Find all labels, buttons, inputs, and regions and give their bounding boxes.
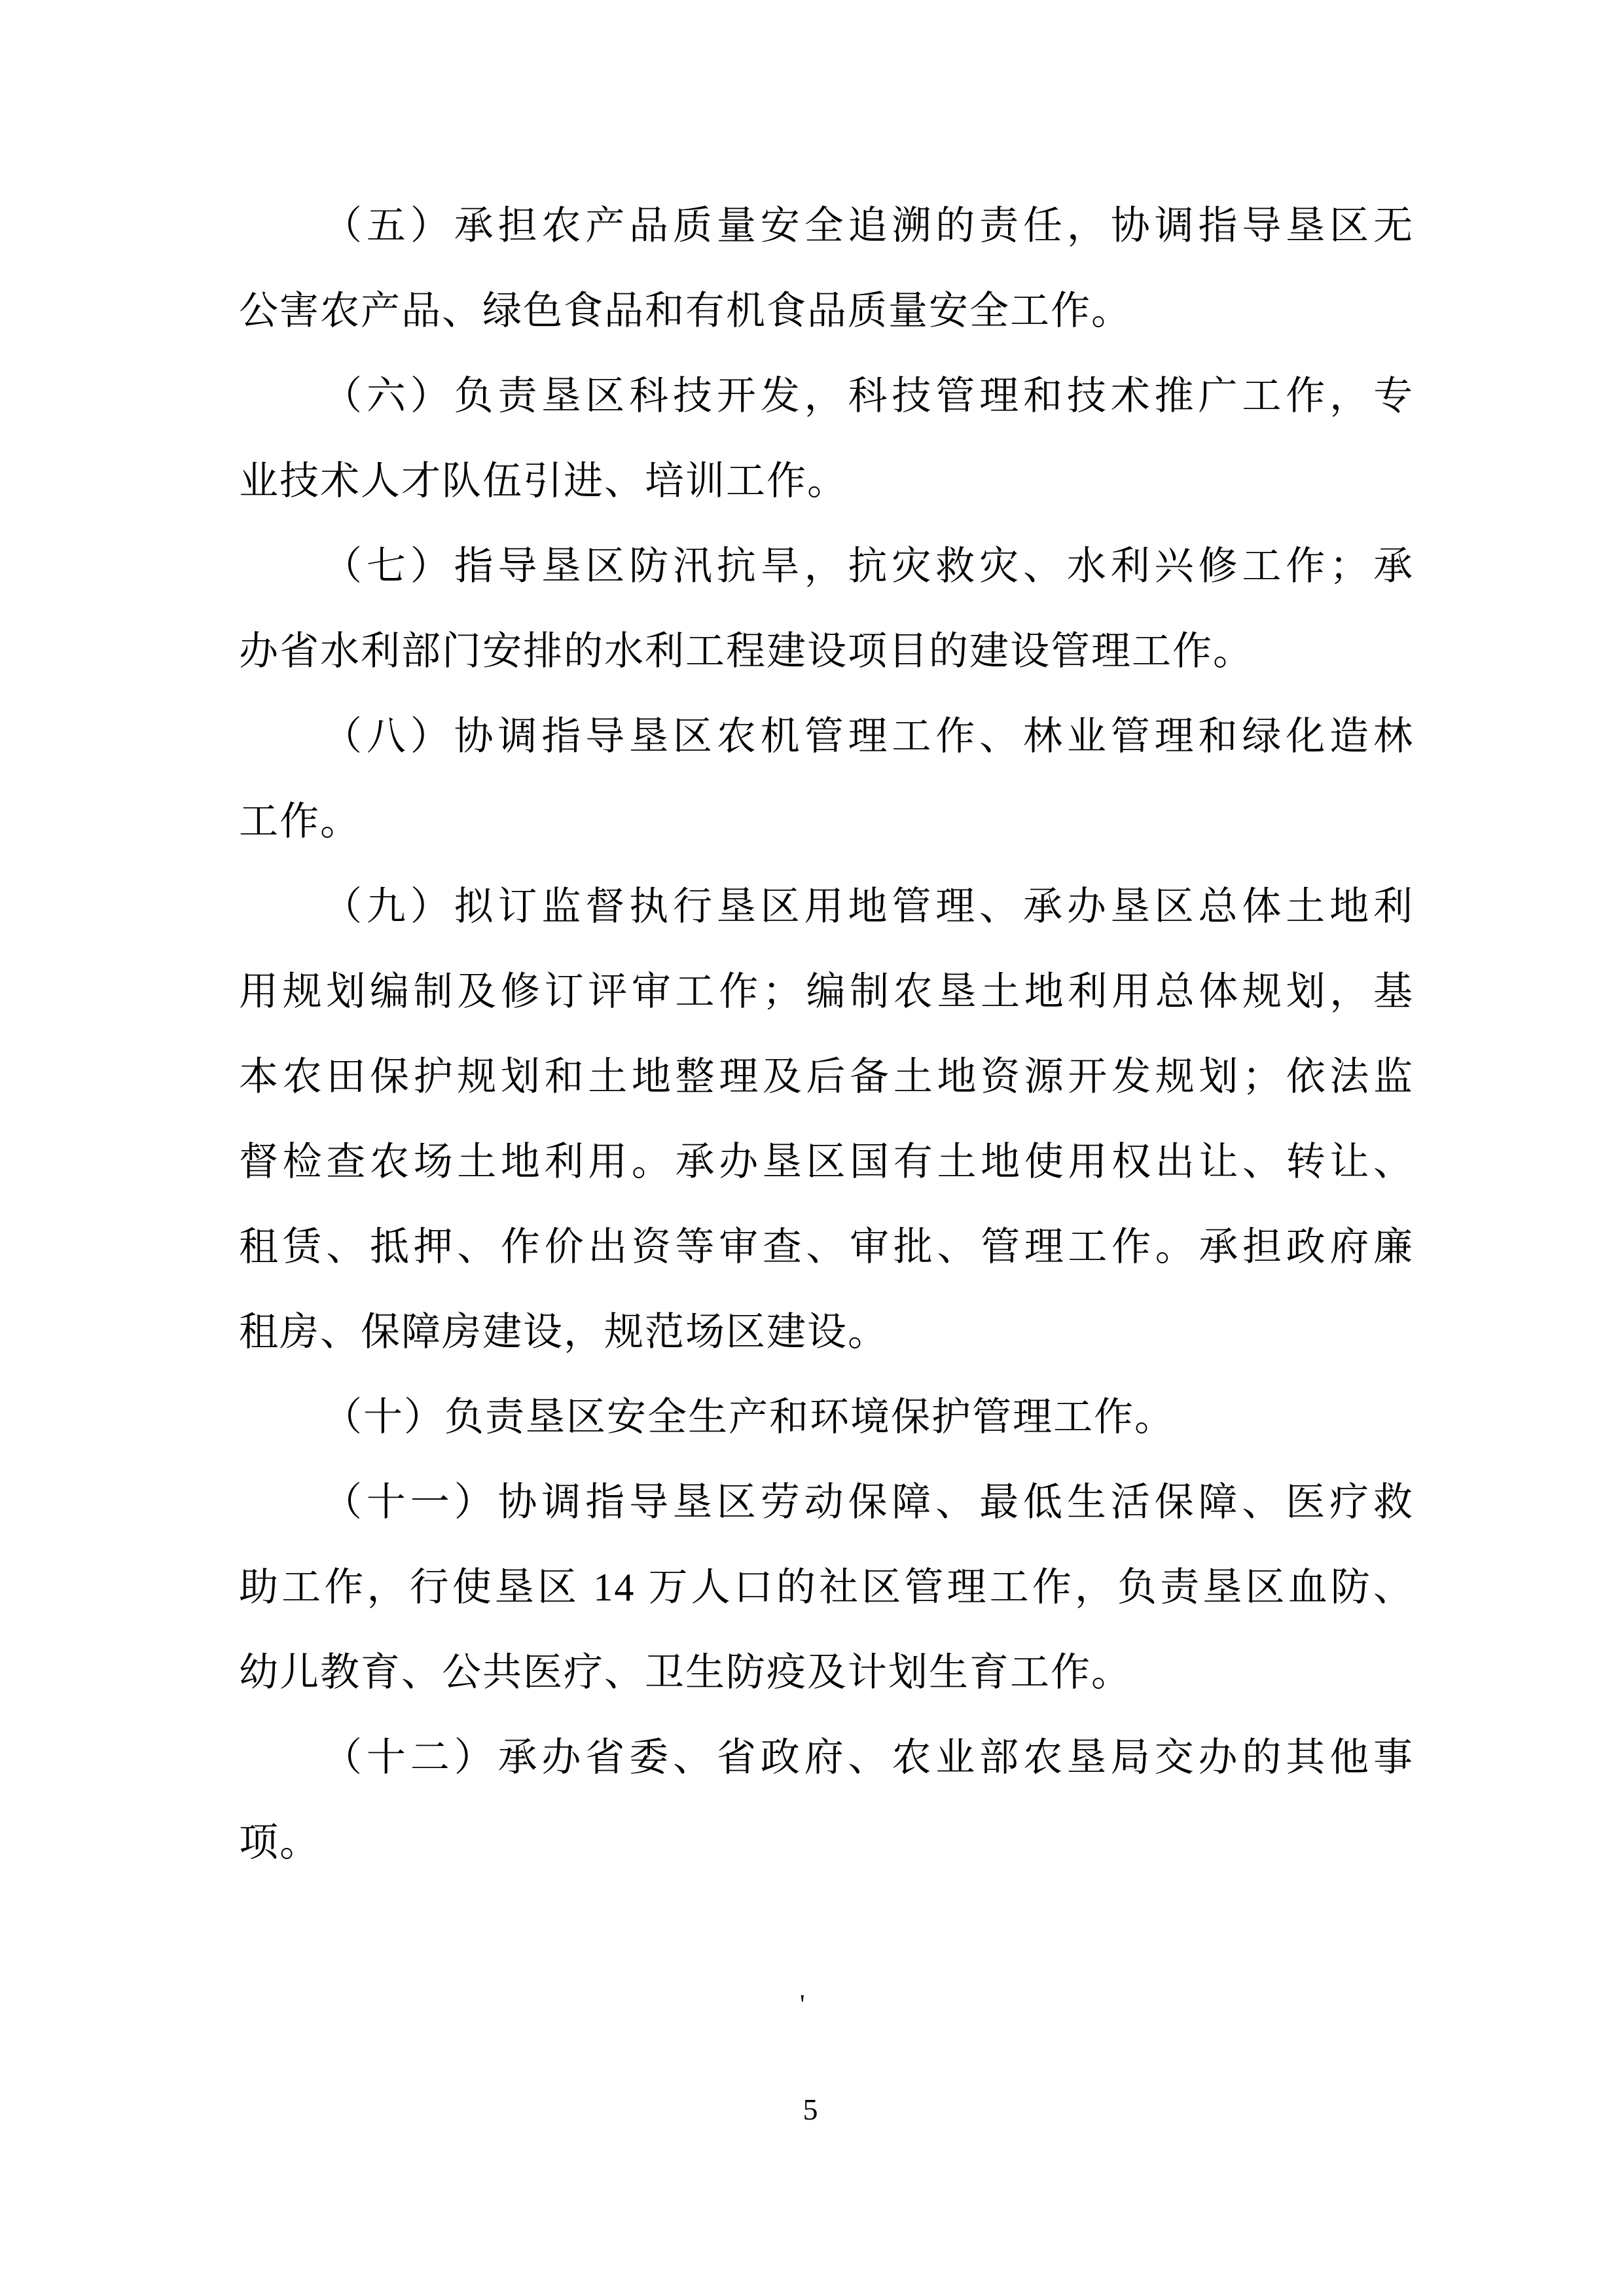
page-number: 5 [803,2095,818,2125]
text-line: （十一）协调指导垦区劳动保障、最低生活保障、医疗救 [239,1460,1414,1545]
text-line: （十）负责垦区安全生产和环境保护管理工作。 [239,1375,1414,1460]
text-line: 业技术人才队伍引进、培训工作。 [239,439,1414,524]
paragraph-item-5: （五）承担农产品质量安全追溯的责任，协调指导垦区无 公害农产品、绿色食品和有机食… [239,183,1414,353]
text-line: （九）拟订监督执行垦区用地管理、承办垦区总体土地利 [239,864,1414,949]
document-body: （五）承担农产品质量安全追溯的责任，协调指导垦区无 公害农产品、绿色食品和有机食… [239,183,1414,1885]
text-line: 助工作，行使垦区 14 万人口的社区管理工作，负责垦区血防、 [239,1545,1414,1630]
text-line: 公害农产品、绿色食品和有机食品质量安全工作。 [239,268,1414,353]
text-line: （八）协调指导垦区农机管理工作、林业管理和绿化造林 [239,694,1414,779]
paragraph-item-8: （八）协调指导垦区农机管理工作、林业管理和绿化造林 工作。 [239,694,1414,864]
text-line: 本农田保护规划和土地整理及后备土地资源开发规划；依法监 [239,1034,1414,1119]
text-line: 用规划编制及修订评审工作；编制农垦土地利用总体规划，基 [239,949,1414,1034]
paragraph-item-9: （九）拟订监督执行垦区用地管理、承办垦区总体土地利 用规划编制及修订评审工作；编… [239,864,1414,1375]
paragraph-item-10: （十）负责垦区安全生产和环境保护管理工作。 [239,1375,1414,1460]
text-line: 工作。 [239,779,1414,864]
text-line: 租赁、抵押、作价出资等审查、审批、管理工作。承担政府廉 [239,1204,1414,1290]
paragraph-item-11: （十一）协调指导垦区劳动保障、最低生活保障、医疗救 助工作，行使垦区 14 万人… [239,1460,1414,1715]
paragraph-item-7: （七）指导垦区防汛抗旱，抗灾救灾、水利兴修工作；承 办省水利部门安排的水利工程建… [239,524,1414,694]
text-line: 办省水利部门安排的水利工程建设项目的建设管理工作。 [239,609,1414,694]
text-line: （六）负责垦区科技开发，科技管理和技术推广工作，专 [239,353,1414,439]
text-line: （十二）承办省委、省政府、农业部农垦局交办的其他事 [239,1715,1414,1800]
text-line: 幼儿教育、公共医疗、卫生防疫及计划生育工作。 [239,1630,1414,1715]
text-line: （七）指导垦区防汛抗旱，抗灾救灾、水利兴修工作；承 [239,524,1414,609]
text-line: 督检查农场土地利用。承办垦区国有土地使用权出让、转让、 [239,1119,1414,1204]
document-page: （五）承担农产品质量安全追溯的责任，协调指导垦区无 公害农产品、绿色食品和有机食… [0,0,1624,2295]
text-line: 租房、保障房建设，规范场区建设。 [239,1290,1414,1375]
text-line: 项。 [239,1800,1414,1885]
stray-mark: ' [800,1991,805,2019]
paragraph-item-12: （十二）承办省委、省政府、农业部农垦局交办的其他事 项。 [239,1715,1414,1885]
text-line: （五）承担农产品质量安全追溯的责任，协调指导垦区无 [239,183,1414,268]
paragraph-item-6: （六）负责垦区科技开发，科技管理和技术推广工作，专 业技术人才队伍引进、培训工作… [239,353,1414,524]
